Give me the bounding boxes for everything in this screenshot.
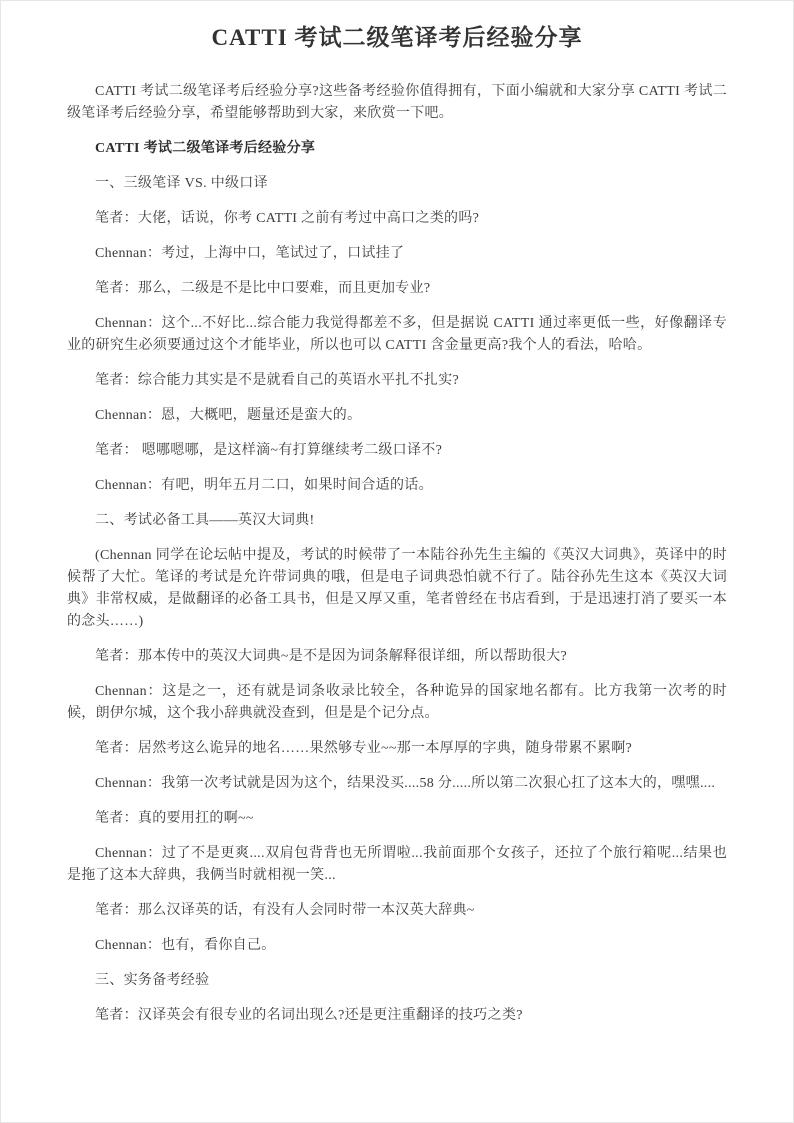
- section-heading-2: 二、考试必备工具——英汉大词典!: [67, 510, 727, 532]
- dialog-line: 笔者：综合能力其实是不是就看自己的英语水平扎不扎实?: [67, 370, 727, 392]
- dialog-line: Chennan：恩，大概吧，题量还是蛮大的。: [67, 405, 727, 427]
- section-heading-3: 三、实务备考经验: [67, 970, 727, 992]
- dialog-line: Chennan：也有，看你自己。: [67, 935, 727, 957]
- dialog-line: Chennan：这个...不好比...综合能力我觉得都差不多，但是据说 CATT…: [67, 313, 727, 357]
- intro-paragraph: CATTI 考试二级笔译考后经验分享?这些备考经验你值得拥有，下面小编就和大家分…: [67, 81, 727, 125]
- dialog-line: 笔者：那么汉译英的话，有没有人会同时带一本汉英大辞典~: [67, 900, 727, 922]
- parenthetical-note: (Chennan 同学在论坛帖中提及，考试的时候带了一本陆谷孙先生主编的《英汉大…: [67, 545, 727, 633]
- document-page: CATTI 考试二级笔译考后经验分享 CATTI 考试二级笔译考后经验分享?这些…: [0, 0, 794, 1123]
- section-heading-1: 一、三级笔译 VS. 中级口译: [67, 173, 727, 195]
- dialog-line: Chennan：有吧，明年五月二口，如果时间合适的话。: [67, 475, 727, 497]
- bold-subheading: CATTI 考试二级笔译考后经验分享: [67, 138, 727, 160]
- dialog-line: 笔者：那本传中的英汉大词典~是不是因为词条解释很详细，所以帮助很大?: [67, 646, 727, 668]
- dialog-line: 笔者：那么，二级是不是比中口要难，而且更加专业?: [67, 278, 727, 300]
- dialog-line: 笔者：居然考这么诡异的地名……果然够专业~~那一本厚厚的字典，随身带累不累啊?: [67, 738, 727, 760]
- dialog-line: Chennan：考过，上海中口，笔试过了，口试挂了: [67, 243, 727, 265]
- dialog-line: 笔者：真的要用扛的啊~~: [67, 808, 727, 830]
- dialog-line: 笔者：汉译英会有很专业的名词出现么?还是更注重翻译的技巧之类?: [67, 1005, 727, 1027]
- document-title: CATTI 考试二级笔译考后经验分享: [67, 21, 727, 55]
- dialog-line: Chennan：我第一次考试就是因为这个，结果没买....58 分.....所以…: [67, 773, 727, 795]
- dialog-line: Chennan：这是之一，还有就是词条收录比较全，各种诡异的国家地名都有。比方我…: [67, 681, 727, 725]
- dialog-line: 笔者：大佬，话说，你考 CATTI 之前有考过中高口之类的吗?: [67, 208, 727, 230]
- dialog-line: 笔者： 嗯哪嗯哪，是这样滴~有打算继续考二级口译不?: [67, 440, 727, 462]
- dialog-line: Chennan：过了不是更爽....双肩包背背也无所谓啦...我前面那个女孩子，…: [67, 843, 727, 887]
